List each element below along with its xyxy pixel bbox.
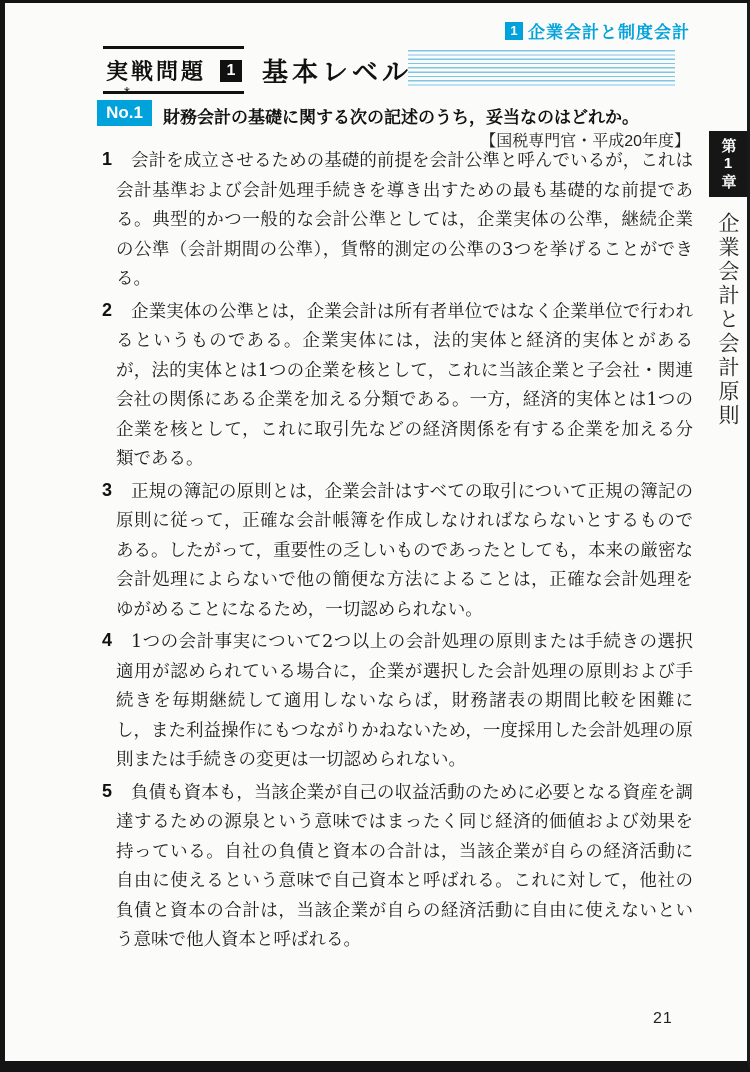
header-stripes-decoration <box>408 50 675 87</box>
choice-item-1: 1 会計を成立させるための基礎的前提を会計公準と呼んでいるが，これは会計基準およ… <box>103 147 693 295</box>
choice-number: 4 <box>102 630 112 651</box>
section-number-icon: 1 <box>505 22 523 40</box>
problem-number-icon: 1 <box>220 60 242 82</box>
choice-text: 1つの会計事実について2つ以上の会計処理の原則または手続きの選択適用が認められて… <box>116 628 693 776</box>
choice-item-2: 2 企業実体の公準とは，企業会計は所有者単位ではなく企業単位で行われるというもの… <box>103 298 693 475</box>
choice-item-5: 5 負債も資本も，当該企業が自己の収益活動のために必要となる資産を調達するための… <box>103 779 693 956</box>
choices-list: 1 会計を成立させるための基礎的前提を会計公準と呼んでいるが，これは会計基準およ… <box>103 147 693 959</box>
question-text: 財務会計の基礎に関する次の記述のうち，妥当なのはどれか。 <box>163 103 683 128</box>
choice-item-4: 4 1つの会計事実について2つ以上の会計処理の原則または手続きの選択適用が認めら… <box>103 628 693 776</box>
choice-text: 負債も資本も，当該企業が自己の収益活動のために必要となる資産を調達するための源泉… <box>116 779 693 956</box>
choice-number: 3 <box>102 480 112 501</box>
level-label: 基本レベル <box>262 52 412 89</box>
choice-number: 1 <box>102 149 112 170</box>
choice-text: 正規の簿記の原則とは，企業会計はすべての取引について正規の簿記の原則に従って，正… <box>116 478 693 626</box>
problem-header-title: 実戦問題 <box>106 55 206 86</box>
choice-number: 5 <box>102 781 112 802</box>
question-number-badge: No.1 <box>97 100 152 126</box>
choice-text: 会計を成立させるための基礎的前提を会計公準と呼んでいるが，これは会計基準および会… <box>116 147 693 295</box>
chapter-title-vertical: 企業会計と会計原則 <box>713 212 743 442</box>
choice-item-3: 3 正規の簿記の原則とは，企業会計はすべての取引について正規の簿記の原則に従って… <box>103 478 693 626</box>
difficulty-asterisk: * <box>124 84 130 101</box>
chapter-tab: 第1章 <box>709 131 747 197</box>
choice-number: 2 <box>102 300 112 321</box>
choice-text: 企業実体の公準とは，企業会計は所有者単位ではなく企業単位で行われるというものであ… <box>116 298 693 475</box>
page-number: 21 <box>653 1010 673 1028</box>
textbook-page: 1 企業会計と制度会計 実戦問題 1 基本レベル * No.1 財務会計の基礎に… <box>0 0 750 1072</box>
running-head-title: 企業会計と制度会計 <box>528 18 690 43</box>
running-head: 1 企業会計と制度会計 <box>505 18 690 43</box>
